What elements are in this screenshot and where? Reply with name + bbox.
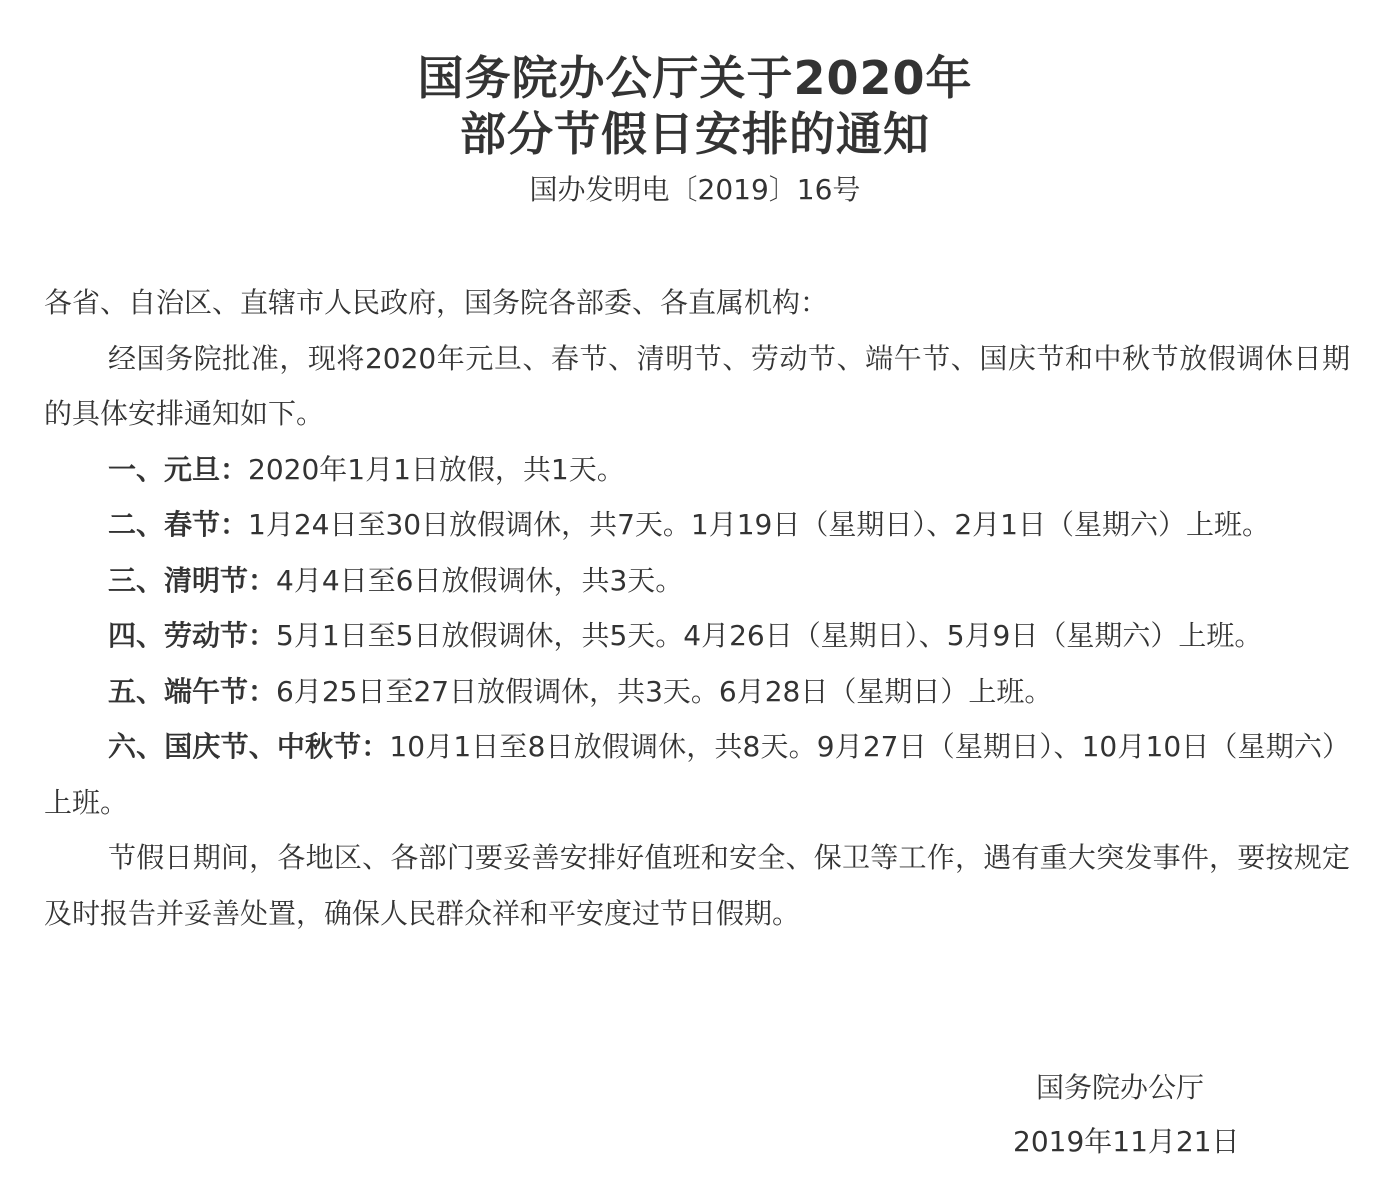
signature-organization: 国务院办公厅 [1036,1068,1204,1108]
holiday-label: 二、春节： [108,508,248,541]
document-title-line-2: 部分节假日安排的通知 [0,106,1390,162]
holiday-item-dragon-boat: 五、端午节：6月25日至27日放假调休，共3天。6月28日（星期日）上班。 [44,664,1350,720]
holiday-label: 一、元旦： [108,453,248,486]
holiday-label: 四、劳动节： [108,619,276,652]
intro-paragraph: 经国务院批准，现将2020年元旦、春节、清明节、劳动节、端午节、国庆节和中秋节放… [44,331,1350,442]
holiday-item-new-year: 一、元旦：2020年1月1日放假，共1天。 [44,442,1350,498]
document-title-line-1: 国务院办公厅关于2020年 [0,50,1390,106]
holiday-label: 五、端午节： [108,675,276,708]
holiday-label: 三、清明节： [108,564,276,597]
holiday-text: 4月4日至6日放假调休，共3天。 [276,564,683,597]
holiday-text: 2020年1月1日放假，共1天。 [248,453,625,486]
holiday-item-national-mid-autumn: 六、国庆节、中秋节：10月1日至8日放假调休，共8天。9月27日（星期日）、10… [44,719,1350,830]
document-number: 国办发明电〔2019〕16号 [0,170,1390,210]
holiday-label: 六、国庆节、中秋节： [108,730,389,763]
holiday-item-qingming: 三、清明节：4月4日至6日放假调休，共3天。 [44,553,1350,609]
salutation: 各省、自治区、直辖市人民政府，国务院各部委、各直属机构： [44,275,1350,331]
signature-date: 2019年11月21日 [1013,1122,1240,1162]
document-body: 各省、自治区、直辖市人民政府，国务院各部委、各直属机构： 经国务院批准，现将20… [44,275,1350,941]
holiday-item-spring-festival: 二、春节：1月24日至30日放假调休，共7天。1月19日（星期日）、2月1日（星… [44,497,1350,553]
holiday-text: 1月24日至30日放假调休，共7天。1月19日（星期日）、2月1日（星期六）上班… [248,508,1270,541]
holiday-text: 5月1日至5日放假调休，共5天。4月26日（星期日）、5月9日（星期六）上班。 [276,619,1262,652]
closing-paragraph: 节假日期间，各地区、各部门要妥善安排好值班和安全、保卫等工作，遇有重大突发事件，… [44,830,1350,941]
holiday-item-labor-day: 四、劳动节：5月1日至5日放假调休，共5天。4月26日（星期日）、5月9日（星期… [44,608,1350,664]
holiday-text: 6月25日至27日放假调休，共3天。6月28日（星期日）上班。 [276,675,1052,708]
